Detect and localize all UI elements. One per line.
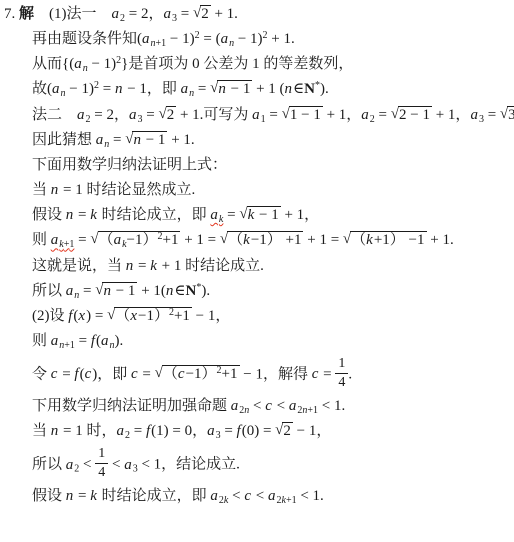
- text-run: <: [249, 398, 265, 414]
- text-run: =: [484, 107, 500, 123]
- text-run: =: [74, 232, 90, 248]
- math-variable: a: [51, 232, 60, 248]
- math-variable: a: [210, 488, 219, 504]
- text-run: + 1，: [323, 107, 361, 123]
- text-run: < 1.: [297, 488, 324, 504]
- text-run: + 1，: [432, 107, 470, 123]
- text-run: =: [319, 366, 335, 382]
- text-run: 再由题设条件知(: [32, 31, 142, 47]
- subscript: 2n: [239, 405, 249, 416]
- math-variable: a: [77, 107, 86, 123]
- text-run: <: [252, 488, 268, 504]
- text-run: 所以: [32, 457, 66, 473]
- text-run: =: [139, 366, 155, 382]
- math-line-15: 令 c = f(c)，即 c = √（c−1）2+1 − 1，解得 c = 14…: [32, 357, 512, 390]
- text-run: −1）: [127, 232, 158, 248]
- math-line-12: 所以 an = √n − 1 + 1(n∈N*).: [32, 282, 512, 300]
- math-variable: a: [51, 333, 60, 349]
- math-variable: a: [181, 81, 190, 97]
- sqrt-expression: √n − 1: [210, 81, 252, 97]
- text-run: =: [130, 423, 146, 439]
- text-run: 下面用数学归纳法证明上式：: [32, 157, 227, 173]
- numerator: 1: [95, 447, 108, 464]
- numerator: 1: [335, 357, 348, 374]
- text-run: .: [348, 366, 352, 382]
- text-run: (0) =: [242, 423, 275, 439]
- text-run: =: [75, 333, 91, 349]
- math-line-19: 假设 n = k 时结论成立，即 a2k < c < a2k+1 < 1.: [32, 487, 512, 505]
- text-run: =: [266, 107, 282, 123]
- text-run: = 1 时结论显然成立.: [59, 182, 195, 198]
- math-line-10: 则 ak+1 = √（ak−1）2+1 + 1 = √（k−1） +1 + 1 …: [32, 231, 512, 249]
- text-run: 当: [32, 182, 51, 198]
- text-run: <: [108, 457, 124, 473]
- math-line-7: 下面用数学归纳法证明上式：: [32, 156, 512, 174]
- text-run: + 1 时结论成立.: [158, 258, 264, 274]
- text-run: 下用数学归纳法证明加强命题: [32, 398, 231, 414]
- text-run: （: [115, 308, 130, 324]
- radicand: 2: [282, 422, 293, 440]
- sqrt-expression: √3 − 1: [500, 107, 514, 123]
- radical-sign-icon: √: [275, 421, 283, 439]
- radicand: 1 − 1: [289, 106, 323, 124]
- text-run: （: [99, 232, 114, 248]
- math-line-11: 这就是说，当 n = k + 1 时结论成立.: [32, 257, 512, 275]
- radicand: （k−1） +1: [227, 231, 303, 249]
- fraction: 14: [335, 357, 348, 390]
- math-line-1: 7. 解 (1)法一 a2 = 2，a3 = √2 + 1.: [4, 5, 512, 23]
- text-run: ) =: [86, 308, 107, 324]
- math-variable: c: [131, 366, 139, 382]
- bold-text: N: [186, 283, 197, 299]
- math-variable: k: [90, 488, 98, 504]
- sqrt-expression: √（c−1）2+1: [155, 366, 240, 382]
- text-run: 3 − 1: [508, 107, 514, 123]
- text-run: (2)设: [32, 308, 68, 324]
- text-run: 因此猜想: [32, 132, 96, 148]
- subscript: 2k+1: [276, 495, 296, 506]
- sqrt-expression: √（ak−1）2+1: [90, 232, 180, 248]
- math-line-17: 当 n = 1 时，a2 = f(1) = 0，a3 = f(0) = √2 −…: [32, 422, 512, 440]
- text-run: −1）: [186, 366, 217, 382]
- text-run: − 1: [255, 207, 278, 223]
- text-run: 时结论成立，即: [98, 207, 211, 223]
- math-variable: a: [470, 107, 479, 123]
- radical-sign-icon: √: [193, 4, 201, 22]
- text-run: + 1，: [281, 207, 319, 223]
- spellcheck-squiggle: ak: [210, 207, 223, 223]
- radical-sign-icon: √: [391, 105, 399, 123]
- math-variable: n: [66, 488, 75, 504]
- math-variable: a: [114, 232, 123, 248]
- math-line-18: 所以 a2 < 14 < a3 < 1，结论成立.: [32, 447, 512, 480]
- text-run: − 1): [88, 56, 116, 72]
- math-line-2: 再由题设条件知(an+1 − 1)2 = (an − 1)2 + 1.: [32, 30, 512, 48]
- text-run: < 1.: [318, 398, 345, 414]
- math-variable: a: [66, 457, 75, 473]
- text-run: =: [99, 81, 115, 97]
- sqrt-expression: √n − 1: [125, 132, 167, 148]
- denominator: 4: [95, 464, 108, 480]
- text-run: − 1: [112, 283, 135, 299]
- radical-sign-icon: √: [210, 79, 218, 97]
- radical-sign-icon: √: [158, 105, 166, 123]
- math-variable: c: [244, 488, 252, 504]
- text-run: = 2，: [125, 6, 163, 22]
- text-run: − 1: [227, 81, 250, 97]
- math-variable: a: [207, 423, 216, 439]
- math-variable: a: [116, 423, 125, 439]
- text-run: +1） −1: [374, 232, 425, 248]
- math-variable: a: [142, 31, 151, 47]
- radicand: 2 − 1: [398, 106, 432, 124]
- math-variable: a: [124, 457, 133, 473]
- fraction: 14: [95, 447, 108, 480]
- text-run: − 1，: [293, 423, 331, 439]
- radicand: n − 1: [102, 282, 137, 300]
- radical-sign-icon: √: [220, 230, 228, 248]
- radicand: （x−1）2+1: [114, 307, 192, 325]
- text-run: =: [79, 283, 95, 299]
- math-variable: x: [130, 308, 138, 324]
- text-run: =: [74, 488, 90, 504]
- sqrt-expression: √1 − 1: [282, 107, 323, 123]
- text-run: 从而{(: [32, 56, 74, 72]
- math-variable: k: [90, 207, 98, 223]
- sqrt-expression: √2 − 1: [391, 107, 432, 123]
- text-run: +1: [163, 232, 179, 248]
- text-run: < 1，结论成立.: [138, 457, 240, 473]
- sqrt-expression: √（k+1） −1: [343, 232, 427, 248]
- math-line-4: 故(an − 1)2 = n − 1，即 an = √n − 1 + 1 (n∈…: [32, 80, 512, 98]
- text-run: =: [58, 366, 74, 382]
- radical-sign-icon: √: [343, 230, 351, 248]
- text-run: ∈: [174, 283, 185, 299]
- text-run: }是首项为 0 公差为 1 的等差数列，: [121, 56, 353, 72]
- math-variable: n: [66, 207, 75, 223]
- text-run: =: [177, 6, 193, 22]
- bold-text: 解: [19, 6, 34, 22]
- radicand: 2: [166, 106, 177, 124]
- text-run: 假设: [32, 488, 66, 504]
- math-variable: a: [221, 31, 230, 47]
- radical-sign-icon: √: [107, 306, 115, 324]
- text-run: − 1，即: [123, 81, 180, 97]
- math-variable: a: [361, 107, 370, 123]
- text-run: 故(: [32, 81, 52, 97]
- text-run: 7.: [4, 6, 19, 22]
- radicand: n − 1: [217, 80, 252, 98]
- text-run: (: [80, 366, 85, 382]
- sqrt-expression: √k − 1: [239, 207, 280, 223]
- denominator: 4: [335, 374, 348, 390]
- math-variable: a: [74, 56, 83, 72]
- text-run: （: [228, 232, 243, 248]
- text-run: )，即: [92, 366, 131, 382]
- text-run: （: [351, 232, 366, 248]
- math-variable: a: [252, 107, 261, 123]
- math-line-5: 法二 a2 = 2，a3 = √2 + 1.可写为 a1 = √1 − 1 + …: [32, 106, 512, 124]
- math-variable: a: [231, 398, 240, 414]
- math-line-8: 当 n = 1 时结论显然成立.: [32, 181, 512, 199]
- radical-sign-icon: √: [500, 105, 508, 123]
- text-run: 这就是说，当: [32, 258, 126, 274]
- text-run: 假设: [32, 207, 66, 223]
- text-run: − 1): [166, 31, 194, 47]
- text-run: − 1，: [192, 308, 230, 324]
- sqrt-expression: √（k−1） +1: [220, 232, 304, 248]
- radicand: （k+1） −1: [350, 231, 426, 249]
- subscript: 2k: [219, 495, 228, 506]
- text-run: 2: [201, 6, 209, 22]
- text-run: + 1 =: [303, 232, 342, 248]
- text-run: 当: [32, 423, 51, 439]
- radicand: 2: [200, 5, 211, 23]
- text-run: (1)法一: [34, 6, 112, 22]
- text-run: + 1.: [167, 132, 194, 148]
- math-variable: n: [218, 81, 227, 97]
- math-line-14: 则 an+1 = f(an).: [32, 332, 512, 350]
- text-run: +1: [222, 366, 238, 382]
- text-run: =: [375, 107, 391, 123]
- math-line-9: 假设 n = k 时结论成立，即 ak = √k − 1 + 1，: [32, 206, 512, 224]
- radicand: 3 − 1: [507, 106, 514, 124]
- math-line-16: 下用数学归纳法证明加强命题 a2n < c < a2n+1 < 1.: [32, 397, 512, 415]
- text-run: =: [142, 107, 158, 123]
- text-run: + 1.: [427, 232, 454, 248]
- math-variable: n: [51, 182, 60, 198]
- sqrt-expression: √2: [158, 107, 176, 123]
- math-variable: c: [178, 366, 186, 382]
- math-variable: k: [243, 232, 251, 248]
- text-run: ).: [320, 81, 329, 97]
- text-run: <: [273, 398, 289, 414]
- math-variable: n: [285, 81, 294, 97]
- text-run: ).: [115, 333, 124, 349]
- text-run: ∈: [293, 81, 304, 97]
- math-variable: n: [133, 132, 142, 148]
- text-run: 则: [32, 232, 51, 248]
- solution-document: 7. 解 (1)法一 a2 = 2，a3 = √2 + 1.再由题设条件知(an…: [0, 0, 514, 505]
- text-run: 2 − 1: [399, 107, 430, 123]
- radicand: n − 1: [132, 131, 167, 149]
- radicand: （ak−1）2+1: [98, 231, 181, 249]
- text-run: +1: [174, 308, 190, 324]
- bold-text: N: [304, 81, 315, 97]
- spellcheck-squiggle: ak+1: [51, 232, 75, 248]
- text-run: = 2，: [91, 107, 129, 123]
- text-run: + 1 (: [252, 81, 284, 97]
- math-variable: a: [210, 207, 219, 223]
- text-run: −1） +1: [251, 232, 302, 248]
- text-run: −1）: [138, 308, 169, 324]
- math-variable: a: [101, 333, 110, 349]
- text-run: − 1): [66, 81, 94, 97]
- math-variable: c: [265, 398, 273, 414]
- sqrt-expression: √2: [275, 423, 293, 439]
- subscript: n+1: [59, 340, 75, 351]
- text-run: + 1 =: [180, 232, 219, 248]
- text-run: =: [134, 258, 150, 274]
- text-run: = 1 时，: [59, 423, 116, 439]
- text-run: − 1): [234, 31, 262, 47]
- text-run: 令: [32, 366, 51, 382]
- math-variable: n: [126, 258, 135, 274]
- math-variable: a: [66, 283, 75, 299]
- text-run: = (: [200, 31, 221, 47]
- text-run: 则: [32, 333, 51, 349]
- math-line-6: 因此猜想 an = √n − 1 + 1.: [32, 131, 512, 149]
- text-run: ).: [201, 283, 210, 299]
- text-run: + 1(: [137, 283, 165, 299]
- math-line-3: 从而{(an − 1)2}是首项为 0 公差为 1 的等差数列，: [32, 55, 512, 73]
- text-run: 2: [283, 423, 291, 439]
- subscript: k+1: [59, 239, 74, 250]
- subscript: 2n+1: [297, 405, 318, 416]
- text-run: 1 − 1: [290, 107, 321, 123]
- text-run: =: [194, 81, 210, 97]
- sqrt-expression: √2: [193, 6, 211, 22]
- text-run: + 1.: [268, 31, 295, 47]
- text-run: 法二: [32, 107, 77, 123]
- text-run: + 1.: [211, 6, 238, 22]
- radical-sign-icon: √: [95, 281, 103, 299]
- math-variable: k: [366, 232, 374, 248]
- math-variable: x: [78, 308, 86, 324]
- radical-sign-icon: √: [90, 230, 98, 248]
- text-run: 2: [167, 107, 175, 123]
- radical-sign-icon: √: [239, 205, 247, 223]
- math-variable: a: [112, 6, 121, 22]
- text-run: − 1: [142, 132, 165, 148]
- sqrt-expression: √n − 1: [95, 283, 137, 299]
- text-run: 所以: [32, 283, 66, 299]
- radical-sign-icon: √: [282, 105, 290, 123]
- text-run: <: [228, 488, 244, 504]
- text-run: <: [79, 457, 95, 473]
- text-run: =: [221, 423, 237, 439]
- sqrt-expression: √（x−1）2+1: [107, 308, 192, 324]
- text-run: 时结论成立，即: [98, 488, 211, 504]
- math-variable: n: [103, 283, 112, 299]
- math-line-13: (2)设 f(x) = √（x−1）2+1 − 1，: [32, 307, 512, 325]
- math-variable: k: [150, 258, 158, 274]
- text-run: (1) = 0，: [151, 423, 207, 439]
- text-run: =: [223, 207, 239, 223]
- text-run: （: [163, 366, 178, 382]
- radicand: k − 1: [247, 206, 281, 224]
- text-run: + 1.可写为: [176, 107, 252, 123]
- text-run: =: [109, 132, 125, 148]
- radical-sign-icon: √: [155, 364, 163, 382]
- text-run: − 1，解得: [240, 366, 312, 382]
- math-variable: a: [52, 81, 61, 97]
- radicand: （c−1）2+1: [162, 365, 240, 383]
- math-variable: a: [163, 6, 172, 22]
- subscript: n+1: [151, 38, 167, 49]
- radical-sign-icon: √: [125, 130, 133, 148]
- math-variable: n: [51, 423, 60, 439]
- math-variable: a: [96, 132, 105, 148]
- text-run: =: [74, 207, 90, 223]
